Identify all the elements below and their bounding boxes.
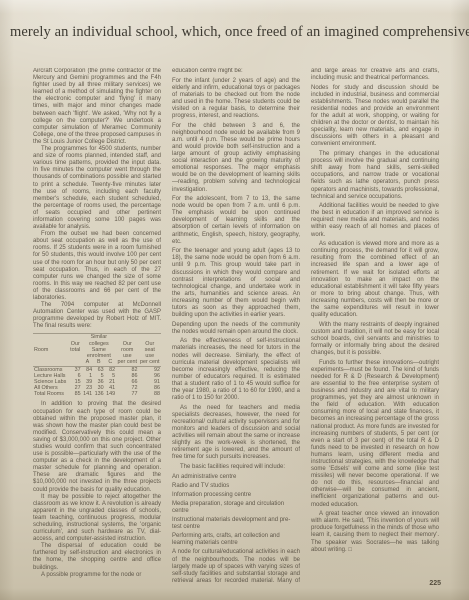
table-cell: 85: [69, 391, 82, 397]
table-cell: 88: [139, 391, 161, 397]
body-paragraph: Aircraft Corporation (the prime contract…: [33, 68, 161, 146]
table-header: Similar: [82, 334, 116, 341]
table-cell: 63: [93, 366, 104, 373]
body-paragraph: Nodes for study and discussion should be…: [311, 85, 439, 149]
column-3: and large areas for creative arts and cr…: [311, 68, 439, 584]
body-paragraph: It may be possible to reject altogether …: [33, 494, 161, 544]
table-cell: 37: [69, 366, 82, 373]
table-cell: 141: [82, 391, 93, 397]
room-utilisation-table: Similar Our colleges Our Our Room total …: [33, 333, 161, 397]
table-header: B: [93, 359, 104, 367]
table-row: Total Rooms 85 141 136 149 77 88: [33, 391, 161, 397]
body-paragraph: and large areas for creative arts and cr…: [311, 68, 439, 82]
table-header-row: Similar: [33, 334, 161, 341]
body-paragraph: The programmes for 4500 students, number…: [33, 146, 161, 231]
page-headline: merely an individual school, which, once…: [10, 24, 462, 41]
column-2: education centre might be: For the infan…: [172, 68, 300, 584]
body-paragraph: The dispersal of education could be furt…: [33, 543, 161, 571]
body-paragraph: In addition to proving that the desired …: [33, 401, 161, 493]
body-paragraph: For the child between 3 and 6, the neigh…: [172, 123, 300, 194]
table-header: total: [69, 347, 82, 353]
list-item: Radio and TV studios: [172, 483, 300, 490]
scanned-page: merely an individual school, which, once…: [0, 0, 469, 600]
body-paragraph: A possible programme for the node or: [33, 572, 161, 579]
text-columns: Aircraft Corporation (the prime contract…: [33, 68, 439, 584]
body-paragraph: The 7094 computer at McDonnell Automatio…: [33, 302, 161, 330]
list-intro: The basic facilities required will inclu…: [172, 464, 300, 471]
body-paragraph: With the many restraints of deeply ingra…: [311, 322, 439, 357]
table-header: enrolment: [82, 353, 116, 359]
body-paragraph: education centre might be:: [172, 68, 300, 75]
table-cell: Classrooms: [33, 366, 69, 373]
list-item: An administrative centre: [172, 474, 300, 481]
table-cell: 82: [105, 366, 116, 373]
body-paragraph: Funds to further these innovations—outri…: [311, 360, 439, 509]
table-cell: 149: [105, 391, 116, 397]
body-paragraph: As the need for teachers and media speci…: [172, 405, 300, 462]
table-header: C: [105, 359, 116, 367]
table-header: Our: [69, 341, 82, 347]
body-paragraph: Additional facilities would be needed to…: [311, 203, 439, 238]
body-paragraph: From the outset we had been concerned ab…: [33, 231, 161, 302]
list-item: Information processing centre: [172, 492, 300, 499]
table-cell: 82: [116, 366, 138, 373]
body-paragraph: As the effectiveness of self-instruction…: [172, 338, 300, 402]
table-cell: 77: [116, 391, 138, 397]
body-paragraph: For the infant (under 2 years of age) an…: [172, 78, 300, 121]
table-header: per cent: [139, 359, 161, 367]
table-header: A: [82, 359, 93, 367]
table-cell: 92: [139, 366, 161, 373]
body-paragraph: For the adolescent, from 7 to 13, the sa…: [172, 196, 300, 246]
body-paragraph: For the teenager and young adult (ages 1…: [172, 248, 300, 319]
table-header-row: A B C per cent per cent: [33, 359, 161, 367]
table-header: per cent: [116, 359, 138, 367]
body-paragraph: A great teacher once viewed an innovatio…: [311, 511, 439, 554]
table-cell: Total Rooms: [33, 391, 69, 397]
column-1: Aircraft Corporation (the prime contract…: [33, 68, 161, 584]
body-paragraph: A node for cultural/educational activiti…: [172, 549, 300, 584]
list-item: Instructional materials development and …: [172, 517, 300, 531]
table-cell: 136: [93, 391, 104, 397]
list-item: Performing arts, crafts, art collection …: [172, 533, 300, 547]
page-number: 225: [429, 580, 441, 587]
table-row: Classrooms 37 84 63 82 82 92: [33, 366, 161, 373]
list-item: Media preparation, storage and circulati…: [172, 501, 300, 515]
body-paragraph: The primary changes in the educational p…: [311, 151, 439, 201]
body-paragraph: As education is viewed more and more as …: [311, 241, 439, 319]
paper-fold-highlight: [0, 0, 469, 14]
body-paragraph: Depending upon the needs of the communit…: [172, 322, 300, 336]
table-cell: 84: [82, 366, 93, 373]
